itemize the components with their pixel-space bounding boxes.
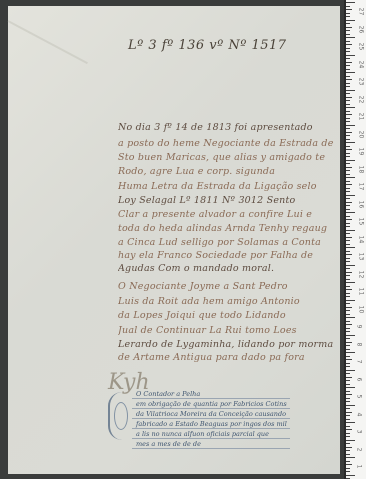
ruler-tick — [346, 356, 350, 357]
ruler-tick — [346, 352, 355, 353]
ruler-tick — [346, 30, 350, 31]
ruler-tick — [346, 58, 350, 59]
ruler-tick — [346, 412, 352, 413]
ruler-tick — [346, 6, 350, 7]
handwritten-line: Agudas Com o mandado moral. — [118, 263, 336, 274]
ruler-tick — [346, 422, 355, 423]
ruler-tick — [346, 454, 350, 455]
stamp-line: O Contador a Pelha — [136, 390, 200, 398]
handwritten-line: Sto buen Maricas, que alias y amigado te — [118, 152, 336, 163]
stamp-rule-line — [132, 448, 290, 449]
ruler-label: 7 — [355, 360, 362, 364]
ruler-tick — [346, 265, 355, 266]
ruler-label: 9 — [355, 325, 362, 329]
ruler-tick — [346, 202, 352, 203]
stamp-rule-line — [132, 418, 290, 419]
ruler-tick — [346, 44, 352, 45]
ruler-label: 10 — [357, 305, 364, 313]
ruler-tick — [346, 69, 350, 70]
ruler-tick — [346, 20, 355, 21]
ruler-tick — [346, 258, 350, 259]
ruler-tick — [346, 16, 350, 17]
ruler-label: 26 — [357, 25, 364, 33]
ruler-tick — [346, 34, 350, 35]
ruler-tick — [346, 303, 350, 304]
ruler-tick — [346, 247, 355, 248]
ruler-tick — [346, 363, 350, 364]
ruler-tick — [346, 233, 350, 234]
stamp-rule-line — [132, 408, 290, 409]
ruler-tick — [346, 426, 350, 427]
ruler-label: 22 — [357, 95, 364, 103]
ruler-tick — [346, 149, 352, 150]
ruler-tick — [346, 2, 355, 3]
ruler-tick — [346, 9, 352, 10]
handwritten-line: Lerardo de Lygaminha, lidando por morma — [118, 339, 336, 350]
ruler-tick — [346, 76, 350, 77]
ruler-label: 20 — [357, 130, 364, 138]
ruler-tick — [346, 37, 355, 38]
ruler-tick — [346, 146, 350, 147]
ruler-tick — [346, 51, 350, 52]
ruler-tick — [346, 230, 355, 231]
ruler-tick — [346, 62, 352, 63]
handwritten-line: a Cinca Lud selligo por Solamas a Conta — [118, 237, 336, 248]
ruler-tick — [346, 380, 350, 381]
ruler-tick — [346, 447, 352, 448]
ruler-label: 1 — [355, 465, 362, 469]
ruler-label: 14 — [357, 235, 364, 243]
ruler-label: 4 — [355, 412, 362, 416]
ruler-tick — [346, 289, 352, 290]
stamp-rule-line — [132, 428, 290, 429]
stamp-rule-line — [132, 438, 290, 439]
ruler-tick — [346, 177, 355, 178]
ruler-tick — [346, 174, 350, 175]
ruler-label: 19 — [357, 148, 364, 156]
ruler-tick — [346, 128, 350, 129]
ruler-tick — [346, 163, 350, 164]
ruler-tick — [346, 223, 350, 224]
ruler-tick — [346, 65, 350, 66]
ruler-tick — [346, 41, 350, 42]
ruler-tick — [346, 433, 350, 434]
ruler-label: 17 — [357, 183, 364, 191]
ruler-tick — [346, 111, 350, 112]
ruler-tick — [346, 300, 355, 301]
ruler-tick — [346, 307, 352, 308]
ruler-tick — [346, 93, 350, 94]
ruler-tick — [346, 139, 350, 140]
ruler-tick — [346, 27, 352, 28]
ruler-tick — [346, 268, 350, 269]
ruler-tick — [346, 429, 352, 430]
ruler-tick — [346, 461, 350, 462]
handwritten-line: Loy Selagal Lº 1811 Nº 3012 Sento — [118, 195, 336, 206]
ruler-tick — [346, 125, 355, 126]
ruler-tick — [346, 97, 352, 98]
ruler-label: 24 — [357, 60, 364, 68]
ruler-tick — [346, 132, 352, 133]
ruler-tick — [346, 244, 350, 245]
ruler-label: 23 — [357, 78, 364, 86]
ruler-tick — [346, 198, 350, 199]
ruler-tick — [346, 440, 355, 441]
ruler-tick — [346, 443, 350, 444]
ruler-tick — [346, 219, 352, 220]
ruler-tick — [346, 107, 355, 108]
ruler-tick — [346, 342, 352, 343]
ruler-label: 5 — [355, 395, 362, 399]
ruler-tick — [346, 23, 350, 24]
ruler-tick — [346, 104, 350, 105]
ruler-tick — [346, 226, 350, 227]
ruler-tick — [346, 310, 350, 311]
ruler-tick — [346, 275, 350, 276]
ruler-tick — [346, 415, 350, 416]
stamp-line: a lis no nunca alfuon oficiais parcial q… — [136, 430, 269, 438]
ruler-tick — [346, 286, 350, 287]
ruler-tick — [346, 254, 352, 255]
ruler-label: 25 — [357, 43, 364, 51]
ruler-tick — [346, 359, 352, 360]
ruler-label: 27 — [357, 8, 364, 16]
ruler-tick — [346, 384, 350, 385]
handwritten-line: hay ela Franco Sociedade por Falha de — [118, 250, 336, 261]
stamp-line: da Vilatrioca Moreira da Conceição causa… — [136, 410, 286, 418]
ruler-tick — [346, 100, 350, 101]
ruler-tick — [346, 191, 350, 192]
ruler-tick — [346, 377, 352, 378]
ruler-tick — [346, 349, 350, 350]
ruler-tick — [346, 212, 355, 213]
ruler-tick — [346, 370, 355, 371]
handwritten-line: Rodo, agre Lua e corp. sigunda — [118, 166, 336, 177]
ruler-tick — [346, 86, 350, 87]
ruler-tick — [346, 282, 355, 283]
handwritten-line: No dia 3 fº 14 de 1813 foi apresentado — [118, 122, 336, 133]
ruler-tick — [346, 72, 355, 73]
ruler-tick — [346, 135, 350, 136]
ruler-tick — [346, 55, 355, 56]
handwritten-line: O Negociante Joyme a Sant Pedro — [118, 281, 336, 292]
stamp-line: em obrigação de quantia por Fabricios Co… — [136, 400, 287, 408]
stamp-line: fabricado a Estado Beaguas por ingos dos… — [136, 420, 287, 428]
ruler-tick — [346, 167, 352, 168]
handwritten-line: Jual de Continuar La Rui tomo Loes — [118, 325, 336, 336]
ruler-tick — [346, 408, 350, 409]
ruler-tick — [346, 366, 350, 367]
ruler-label: 18 — [357, 165, 364, 173]
ruler-tick — [346, 471, 350, 472]
ruler-tick — [346, 457, 355, 458]
ruler-label: 2 — [355, 447, 362, 451]
ruler-tick — [346, 450, 350, 451]
ruler-tick — [346, 79, 352, 80]
reference-number: Lº 3 fº 136 vº Nº 1517 — [128, 38, 287, 53]
ruler-tick — [346, 170, 350, 171]
ruler-tick — [346, 345, 350, 346]
ruler-tick — [346, 335, 355, 336]
ruler-tick — [346, 464, 352, 465]
handwritten-line: a posto do heme Negociante da Estrada de — [118, 138, 336, 149]
ruler-tick — [346, 338, 350, 339]
ruler-label: 11 — [357, 288, 364, 296]
ruler-tick — [346, 328, 350, 329]
ruler-tick — [346, 251, 350, 252]
ruler-tick — [346, 436, 350, 437]
ruler-tick — [346, 48, 350, 49]
ruler-tick — [346, 209, 350, 210]
ruler-tick — [346, 216, 350, 217]
ruler-tick — [346, 121, 350, 122]
ruler-label: 13 — [357, 253, 364, 261]
ruler-tick — [346, 475, 355, 476]
ruler-tick — [346, 419, 350, 420]
ruler-tick — [346, 293, 350, 294]
measurement-ruler: 2726252423222120191817161514131211109876… — [344, 0, 366, 479]
ornament-icon — [108, 392, 134, 440]
ruler-tick — [346, 387, 355, 388]
ruler-tick — [346, 296, 350, 297]
ruler-tick — [346, 156, 350, 157]
ruler-tick — [346, 391, 350, 392]
ruler-label: 12 — [357, 270, 364, 278]
handwritten-line: Huma Letra da Estrada da Ligação selo — [118, 181, 336, 192]
ruler-label: 3 — [355, 430, 362, 434]
ruler-tick — [346, 314, 350, 315]
ruler-label: 8 — [355, 342, 362, 346]
ruler-tick — [346, 114, 352, 115]
ruler-tick — [346, 118, 350, 119]
ruler-label: 21 — [357, 113, 364, 121]
stamp-rule-line — [132, 398, 290, 399]
ruler-tick — [346, 405, 355, 406]
handwritten-line: Luis da Roit ada hem amigo Antonio — [118, 296, 336, 307]
handwritten-line: Clar a presente alvador a confire Lui e — [118, 209, 336, 220]
ruler-tick — [346, 160, 355, 161]
ruler-tick — [346, 317, 355, 318]
ruler-tick — [346, 398, 350, 399]
ruler-tick — [346, 331, 350, 332]
ruler-tick — [346, 205, 350, 206]
ruler-tick — [346, 240, 350, 241]
handwritten-line: de Artame Antigua para dado pa fora — [118, 352, 336, 363]
ruler-tick — [346, 324, 352, 325]
ruler-tick — [346, 279, 350, 280]
ruler-tick — [346, 90, 355, 91]
ruler-tick — [346, 373, 350, 374]
ruler-tick — [346, 142, 355, 143]
ruler-label: 16 — [357, 200, 364, 208]
ruler-tick — [346, 237, 352, 238]
ruler-tick — [346, 181, 350, 182]
ruler-tick — [346, 261, 350, 262]
ruler-label: 6 — [355, 377, 362, 381]
ruler-tick — [346, 83, 350, 84]
ruler-tick — [346, 321, 350, 322]
ruler-tick — [346, 195, 355, 196]
ruler-tick — [346, 184, 352, 185]
ruler-tick — [346, 401, 350, 402]
stamp-line: mes a mes de de de — [136, 440, 201, 448]
ruler-tick — [346, 468, 350, 469]
handwritten-line: toda do heda alindas Arnda Tenhy regaug — [118, 223, 336, 234]
ruler-tick — [346, 153, 350, 154]
printed-stamp: O Contador a Pelhaem obrigação de quanti… — [108, 384, 292, 454]
ruler-tick — [346, 394, 352, 395]
ruler-tick — [346, 272, 352, 273]
ruler-tick — [346, 13, 350, 14]
handwritten-line: da Lopes Joiqui que todo Lidando — [118, 310, 336, 321]
ruler-label: 15 — [357, 218, 364, 226]
ruler-tick — [346, 188, 350, 189]
